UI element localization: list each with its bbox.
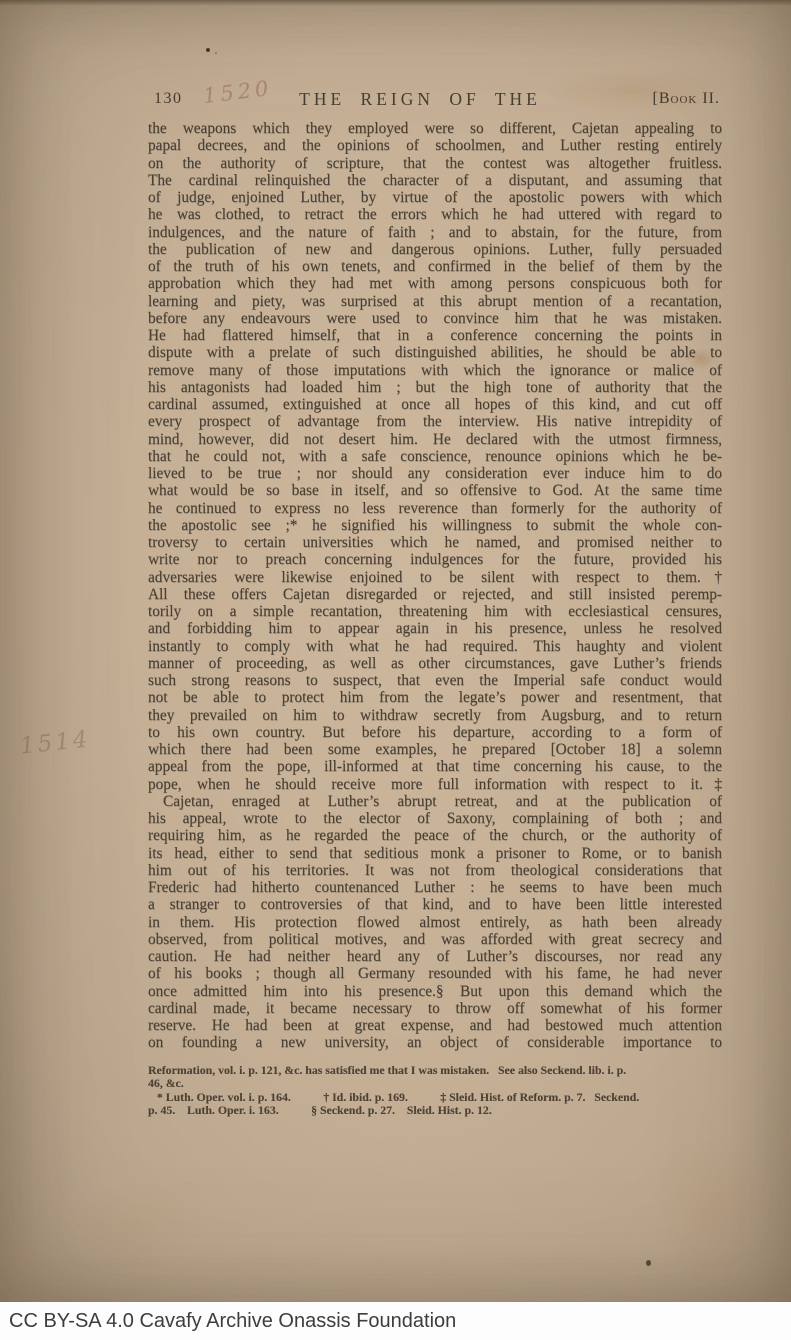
text-line: indulgences, and the nature of faith ; a… [148,224,722,241]
text-line: manner of proceeding, as well as other c… [148,655,722,672]
margin-pencil-annotation: 1514 [19,726,92,759]
text-line: its head, either to send that seditious … [148,845,722,862]
text-line: reserve. He had been at great expense, a… [148,1017,722,1034]
footnote-line: * Luth. Oper. vol. i. p. 164. † Id. ibid… [148,1091,728,1104]
text-line: on founding a new university, an object … [148,1034,722,1051]
text-line: All these offers Cajetan disregarded or … [148,586,722,603]
text-line: they prevailed on him to withdraw secret… [148,707,722,724]
footnote-line: Reformation, vol. i. p. 121, &c. has sat… [148,1064,728,1077]
text-line: the publication of new and dangerous opi… [148,241,722,258]
text-line: what would be so base in itself, and so … [148,482,722,499]
license-text: CC BY-SA 4.0 Cavafy Archive Onassis Foun… [9,1310,456,1333]
text-line: of his books ; though all Germany resoun… [148,965,722,982]
running-title: THE REIGN OF THE [148,89,692,110]
text-line: such strong reasons to suspect, that eve… [148,672,722,689]
text-line: instantly to comply with what he had req… [148,638,722,655]
text-line: requiring him, as he regarded the peace … [148,827,722,844]
text-line: not be able to protect him from the lega… [148,689,722,706]
text-line: observed, from political motives, and wa… [148,931,722,948]
text-line: appeal from the pope, ill-informed at th… [148,758,722,775]
paper-stain [650,1130,770,1280]
text-line: write nor to preach concerning indulgenc… [148,551,722,568]
text-line: of judge, enjoined Luther, by virtue of … [148,189,722,206]
text-line: Cajetan, enraged at Luther’s abrupt retr… [148,793,722,810]
license-bar: CC BY-SA 4.0 Cavafy Archive Onassis Foun… [0,1302,791,1340]
text-line: which there had been some examples, he p… [148,741,722,758]
text-line: his antagonists had loaded him ; but the… [148,379,722,396]
ink-speck [646,1260,651,1266]
text-line: The cardinal relinquished the character … [148,172,722,189]
text-line: in them. His protection flowed almost en… [148,914,722,931]
text-line: caution. He had neither heard any of Lut… [148,948,722,965]
text-line: mind, however, did not desert him. He de… [148,431,722,448]
footnotes-block: Reformation, vol. i. p. 121, &c. has sat… [148,1064,728,1118]
text-line: approbation which they had met with amon… [148,275,722,292]
text-line: every prospect of advantage from the int… [148,413,722,430]
text-line: before any endeavours were used to convi… [148,310,722,327]
text-line: Frederic had hitherto countenanced Luthe… [148,879,722,896]
text-line: the weapons which they employed were so … [148,120,722,137]
footnote-line: p. 45. Luth. Oper. i. 163. § Seckend. p.… [148,1104,728,1117]
text-line: dispute with a prelate of such distingui… [148,344,722,361]
text-line: troversy to certain universities which h… [148,534,722,551]
text-line: to his own country. But before his depar… [148,724,722,741]
paper-stain [60,1180,210,1270]
text-line: adversaries were likewise enjoined to be… [148,569,722,586]
text-line: a stranger to controversies of that kind… [148,896,722,913]
ink-speck [206,48,210,52]
text-line: on the authority of scripture, that the … [148,155,722,172]
text-line: of the truth of his own tenets, and conf… [148,258,722,275]
text-line: once admitted him into his presence.§ Bu… [148,983,722,1000]
text-line: he continued to express no less reverenc… [148,500,722,517]
page-header: 130 THE REIGN OF THE [Book II. [148,89,722,111]
text-line: learning and piety, was surprised at thi… [148,293,722,310]
text-line: that he could not, with a safe conscienc… [148,448,722,465]
text-line: cardinal assumed, extinguished at once a… [148,396,722,413]
text-line: pope, when he should receive more full i… [148,776,722,793]
book-label: [Book II. [653,90,721,108]
text-line: him out of his territories. It was not f… [148,862,722,879]
footnote-line: 46, &c. [148,1077,728,1090]
text-line: He had flattered himself, that in a conf… [148,327,722,344]
text-line: lieved to be true ; nor should any consi… [148,465,722,482]
text-line: his appeal, wrote to the elector of Saxo… [148,810,722,827]
body-text-block: the weapons which they employed were so … [148,120,722,1052]
text-line: he was clothed, to retract the errors wh… [148,206,722,223]
text-line: and forbidding him to appear again in hi… [148,620,722,637]
text-line: cardinal made, it became necessary to th… [148,1000,722,1017]
text-line: the apostolic see ;* he signified his wi… [148,517,722,534]
text-line: remove many of those imputations with wh… [148,362,722,379]
text-line: torily on a simple recantation, threaten… [148,603,722,620]
book-page-scan: 1520 130 THE REIGN OF THE [Book II. 1514… [0,0,791,1302]
text-line: papal decrees, and the opinions of schoo… [148,137,722,154]
